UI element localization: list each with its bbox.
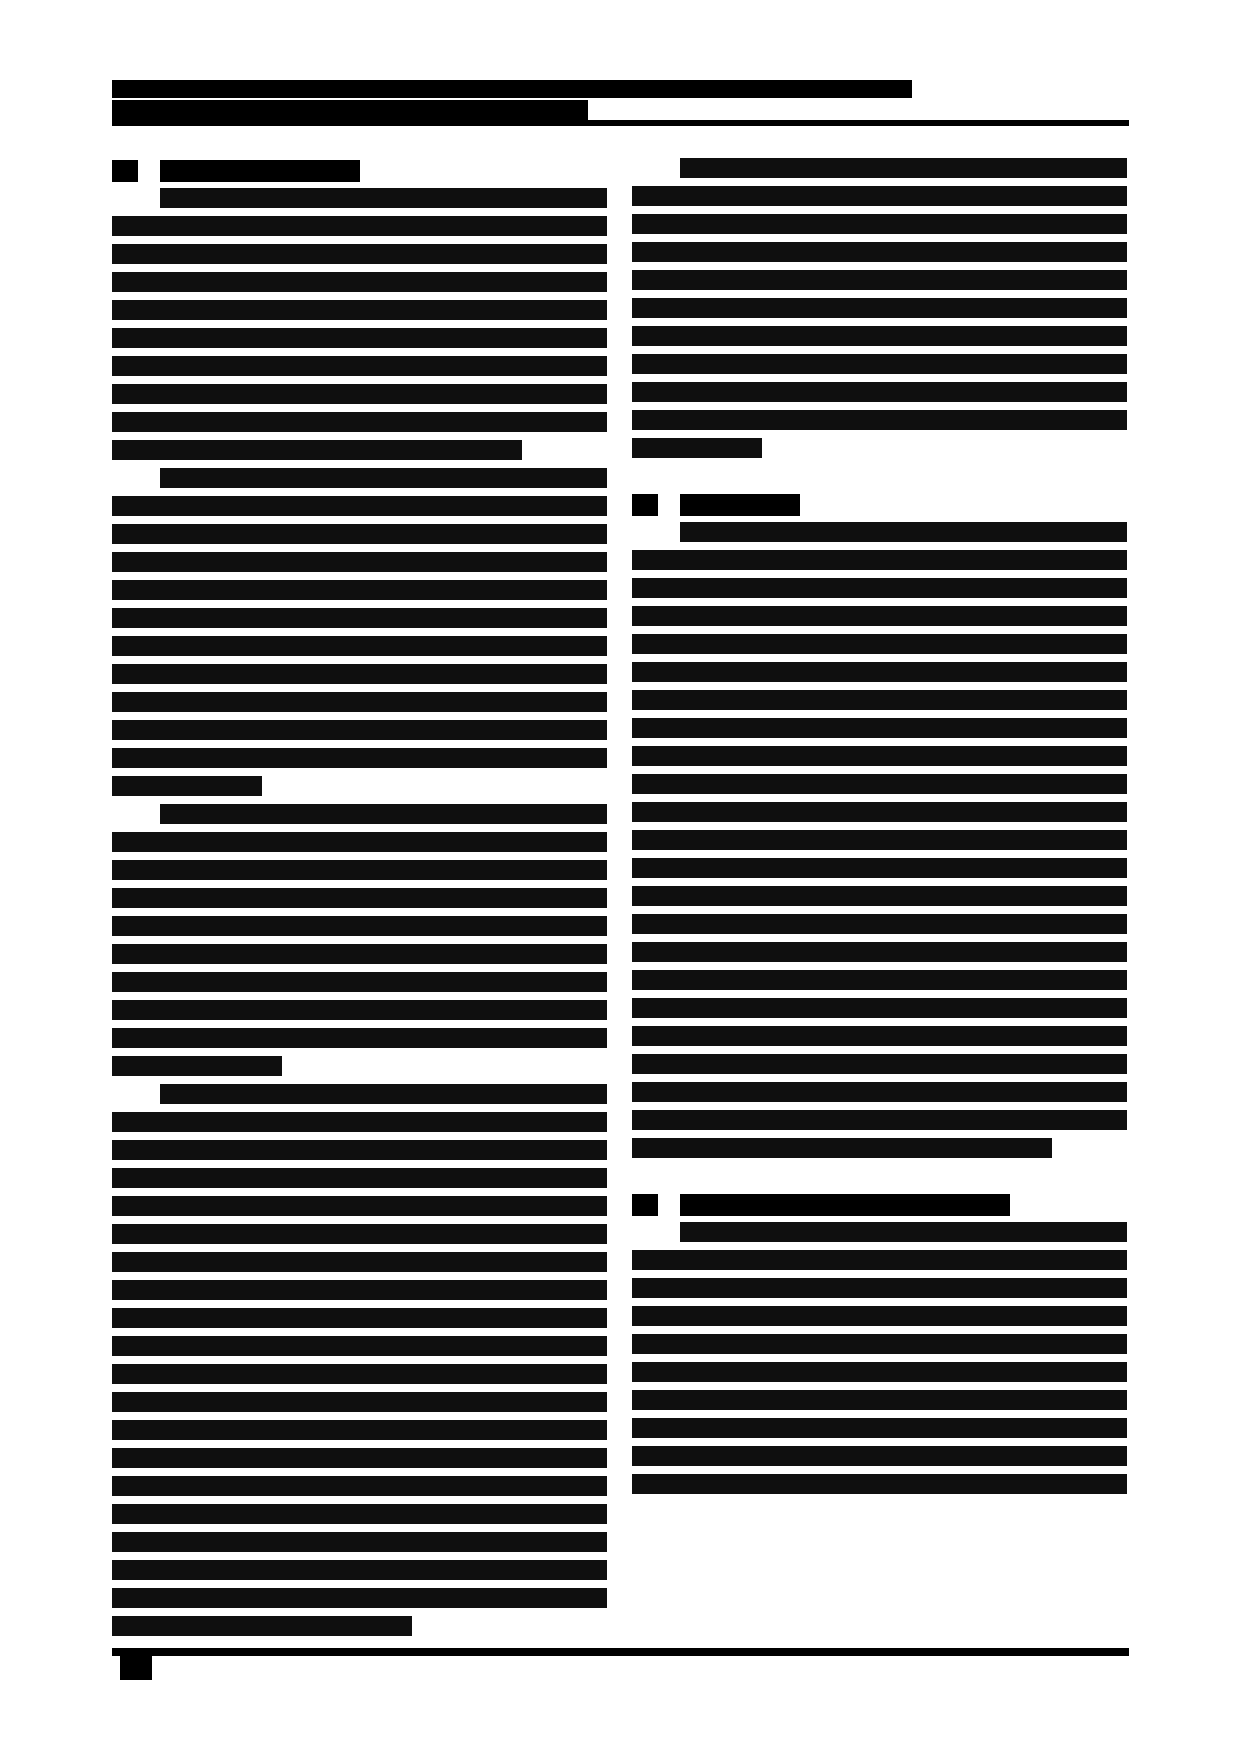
paragraph	[112, 1084, 607, 1636]
paragraph	[112, 188, 607, 460]
text-line-redacted	[632, 214, 1127, 234]
text-line-redacted	[632, 942, 1127, 962]
text-line-redacted	[632, 1418, 1127, 1438]
text-line-redacted	[632, 606, 1127, 626]
text-line-redacted	[632, 550, 1127, 570]
text-line-redacted	[632, 802, 1127, 822]
text-line-redacted	[160, 468, 607, 488]
text-line-redacted	[632, 298, 1127, 318]
left-column	[112, 158, 607, 1644]
paragraph	[112, 804, 607, 1076]
text-line-redacted	[112, 748, 607, 768]
section-title-redacted	[160, 160, 360, 182]
text-line-redacted	[112, 1028, 607, 1048]
text-line-redacted	[112, 860, 607, 880]
text-line-redacted	[112, 1476, 607, 1496]
text-line-redacted	[112, 1308, 607, 1328]
text-line-redacted	[632, 1390, 1127, 1410]
text-line-redacted	[632, 830, 1127, 850]
page-number-redacted	[120, 1656, 152, 1680]
text-line-redacted	[112, 1560, 607, 1580]
text-line-redacted	[632, 914, 1127, 934]
text-line-redacted	[632, 1250, 1127, 1270]
text-line-redacted	[112, 328, 607, 348]
text-line-redacted	[112, 1168, 607, 1188]
text-line-redacted	[632, 746, 1127, 766]
text-line-redacted	[632, 1082, 1127, 1102]
text-line-redacted	[632, 242, 1127, 262]
text-line-redacted	[112, 1224, 607, 1244]
text-line-redacted	[680, 158, 1127, 178]
text-line-redacted	[112, 1420, 607, 1440]
text-line-redacted	[632, 662, 1127, 682]
running-header	[112, 80, 1129, 130]
text-line-redacted	[112, 1336, 607, 1356]
text-line-redacted	[632, 970, 1127, 990]
text-line-redacted	[632, 186, 1127, 206]
text-line-redacted	[112, 1616, 412, 1636]
header-text-redacted	[112, 80, 912, 98]
text-line-redacted	[632, 774, 1127, 794]
text-line-redacted	[112, 496, 607, 516]
text-line-redacted	[632, 1278, 1127, 1298]
text-line-redacted	[680, 1222, 1127, 1242]
text-line-redacted	[112, 440, 522, 460]
right-column	[632, 158, 1127, 1502]
text-line-redacted	[112, 692, 607, 712]
paragraph	[632, 522, 1127, 1158]
text-line-redacted	[112, 664, 607, 684]
text-line-redacted	[632, 410, 1127, 430]
text-line-redacted	[632, 690, 1127, 710]
text-line-redacted	[632, 1474, 1127, 1494]
text-line-redacted	[112, 1252, 607, 1272]
paragraph	[632, 158, 1127, 458]
text-line-redacted	[112, 888, 607, 908]
text-line-redacted	[680, 522, 1127, 542]
text-line-redacted	[112, 1532, 607, 1552]
text-line-redacted	[112, 636, 607, 656]
text-line-redacted	[632, 1446, 1127, 1466]
text-line-redacted	[112, 1588, 607, 1608]
footer-rule	[112, 1648, 1129, 1656]
text-line-redacted	[632, 1362, 1127, 1382]
text-line-redacted	[632, 1138, 1052, 1158]
text-line-redacted	[632, 578, 1127, 598]
text-line-redacted	[112, 1000, 607, 1020]
text-line-redacted	[112, 384, 607, 404]
text-line-redacted	[112, 944, 607, 964]
section-heading	[632, 492, 1127, 518]
text-line-redacted	[632, 1054, 1127, 1074]
text-line-redacted	[632, 886, 1127, 906]
text-line-redacted	[632, 270, 1127, 290]
text-line-redacted	[112, 356, 607, 376]
text-line-redacted	[632, 1110, 1127, 1130]
text-line-redacted	[160, 188, 607, 208]
text-line-redacted	[112, 1140, 607, 1160]
text-line-redacted	[112, 608, 607, 628]
text-line-redacted	[112, 1112, 607, 1132]
text-line-redacted	[160, 804, 607, 824]
section-heading	[632, 1192, 1127, 1218]
text-line-redacted	[112, 972, 607, 992]
text-line-redacted	[632, 1306, 1127, 1326]
text-line-redacted	[112, 216, 607, 236]
text-line-redacted	[112, 776, 262, 796]
text-line-redacted	[632, 326, 1127, 346]
text-line-redacted	[112, 720, 607, 740]
section-number-redacted	[112, 160, 138, 182]
text-line-redacted	[112, 1504, 607, 1524]
text-line-redacted	[112, 300, 607, 320]
text-line-redacted	[112, 1364, 607, 1384]
text-line-redacted	[632, 634, 1127, 654]
text-line-redacted	[112, 244, 607, 264]
text-line-redacted	[112, 272, 607, 292]
section-number-redacted	[632, 1194, 658, 1216]
text-line-redacted	[112, 524, 607, 544]
text-line-redacted	[112, 412, 607, 432]
text-line-redacted	[632, 382, 1127, 402]
text-line-redacted	[112, 1196, 607, 1216]
header-rule	[112, 120, 1129, 126]
text-line-redacted	[112, 1392, 607, 1412]
text-line-redacted	[632, 438, 762, 458]
text-line-redacted	[112, 1056, 282, 1076]
header-subtext-redacted	[112, 100, 588, 120]
text-line-redacted	[160, 1084, 607, 1104]
text-line-redacted	[632, 1026, 1127, 1046]
text-line-redacted	[112, 1280, 607, 1300]
text-line-redacted	[632, 1334, 1127, 1354]
text-line-redacted	[632, 718, 1127, 738]
paragraph	[632, 1222, 1127, 1494]
section-title-redacted	[680, 494, 800, 516]
text-line-redacted	[112, 580, 607, 600]
text-line-redacted	[112, 1448, 607, 1468]
text-line-redacted	[112, 916, 607, 936]
text-line-redacted	[112, 552, 607, 572]
text-line-redacted	[632, 998, 1127, 1018]
section-heading	[112, 158, 607, 184]
text-line-redacted	[632, 354, 1127, 374]
section-title-redacted	[680, 1194, 1010, 1216]
section-number-redacted	[632, 494, 658, 516]
text-line-redacted	[112, 832, 607, 852]
text-line-redacted	[632, 858, 1127, 878]
paragraph	[112, 468, 607, 796]
